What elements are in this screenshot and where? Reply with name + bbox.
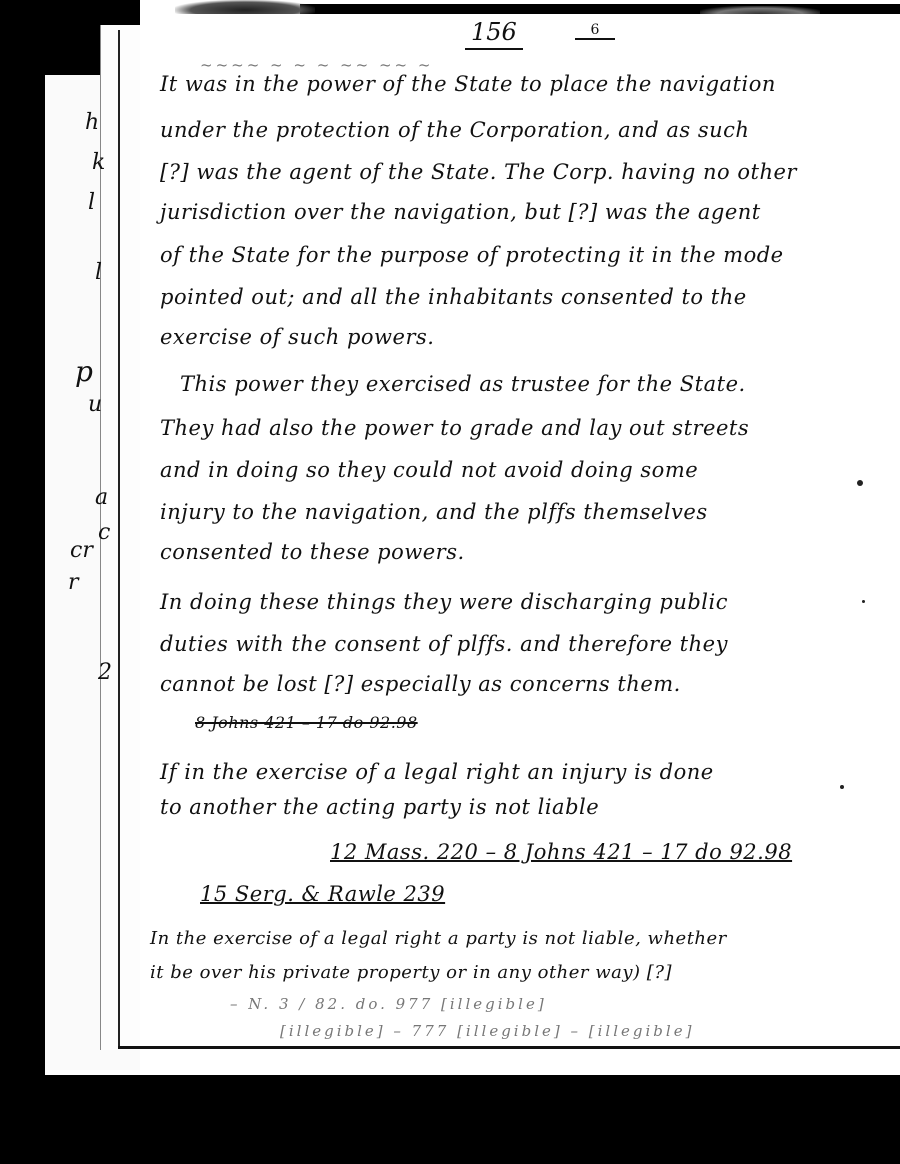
margin-fragment: 2 [98,660,112,685]
manuscript-line: cannot be lost [?] especially as concern… [160,672,681,696]
bleedthrough-text: [illegible] – 777 [illegible] – [illegib… [280,1022,694,1040]
margin-fragment: c [98,520,110,545]
margin-fragment: l [95,260,102,285]
manuscript-line: If in the exercise of a legal right an i… [160,760,714,784]
manuscript-line: jurisdiction over the navigation, but [?… [160,200,761,224]
manuscript-line: In doing these things they were discharg… [160,590,728,614]
manuscript-line: pointed out; and all the inhabitants con… [160,285,747,309]
page-number: 156 [465,18,523,50]
manuscript-line: to another the acting party is not liabl… [160,795,599,819]
manuscript-line: of the State for the purpose of protecti… [160,243,784,267]
margin-fragment: k [92,150,105,175]
manuscript-line: it be over his private property or in an… [150,962,672,983]
manuscript-line: and in doing so they could not avoid doi… [160,458,698,482]
margin-fragment: p [75,355,93,388]
struck-citation: 8 Johns 421 – 17 do 92.98 [195,713,418,732]
margin-fragment: r [68,570,79,595]
ink-speck [857,480,863,486]
page-edge [118,1046,900,1049]
manuscript-line: exercise of such powers. [160,325,434,349]
manuscript-line: It was in the power of the State to plac… [160,72,776,96]
manuscript-line: duties with the consent of plffs. and th… [160,632,728,656]
bleedthrough-text: – N. 3 / 82. do. 977 [illegible] [230,995,547,1013]
page-edge [118,30,120,1048]
margin-fragment: u [88,392,102,417]
scan-background-left [0,0,45,1164]
manuscript-line: They had also the power to grade and lay… [160,416,749,440]
margin-fragment: cr [70,538,93,563]
page-mark: 6 [575,22,615,40]
manuscript-line: In the exercise of a legal right a party… [150,928,727,949]
manuscript-line: under the protection of the Corporation,… [160,118,749,142]
case-citation: 15 Serg. & Rawle 239 [200,882,445,906]
scan-background-bottom [0,1075,900,1164]
margin-fragment: h [85,110,99,135]
manuscript-line: consented to these powers. [160,540,465,564]
manuscript-line: This power they exercised as trustee for… [180,372,746,396]
manuscript-line: [?] was the agent of the State. The Corp… [160,160,797,184]
manuscript-line: injury to the navigation, and the plffs … [160,500,708,524]
margin-fragment: a [95,485,108,510]
case-citation: 12 Mass. 220 – 8 Johns 421 – 17 do 92.98 [330,840,792,864]
ink-speck [862,600,865,603]
ink-speck [840,785,844,789]
margin-fragment: l [88,190,95,215]
